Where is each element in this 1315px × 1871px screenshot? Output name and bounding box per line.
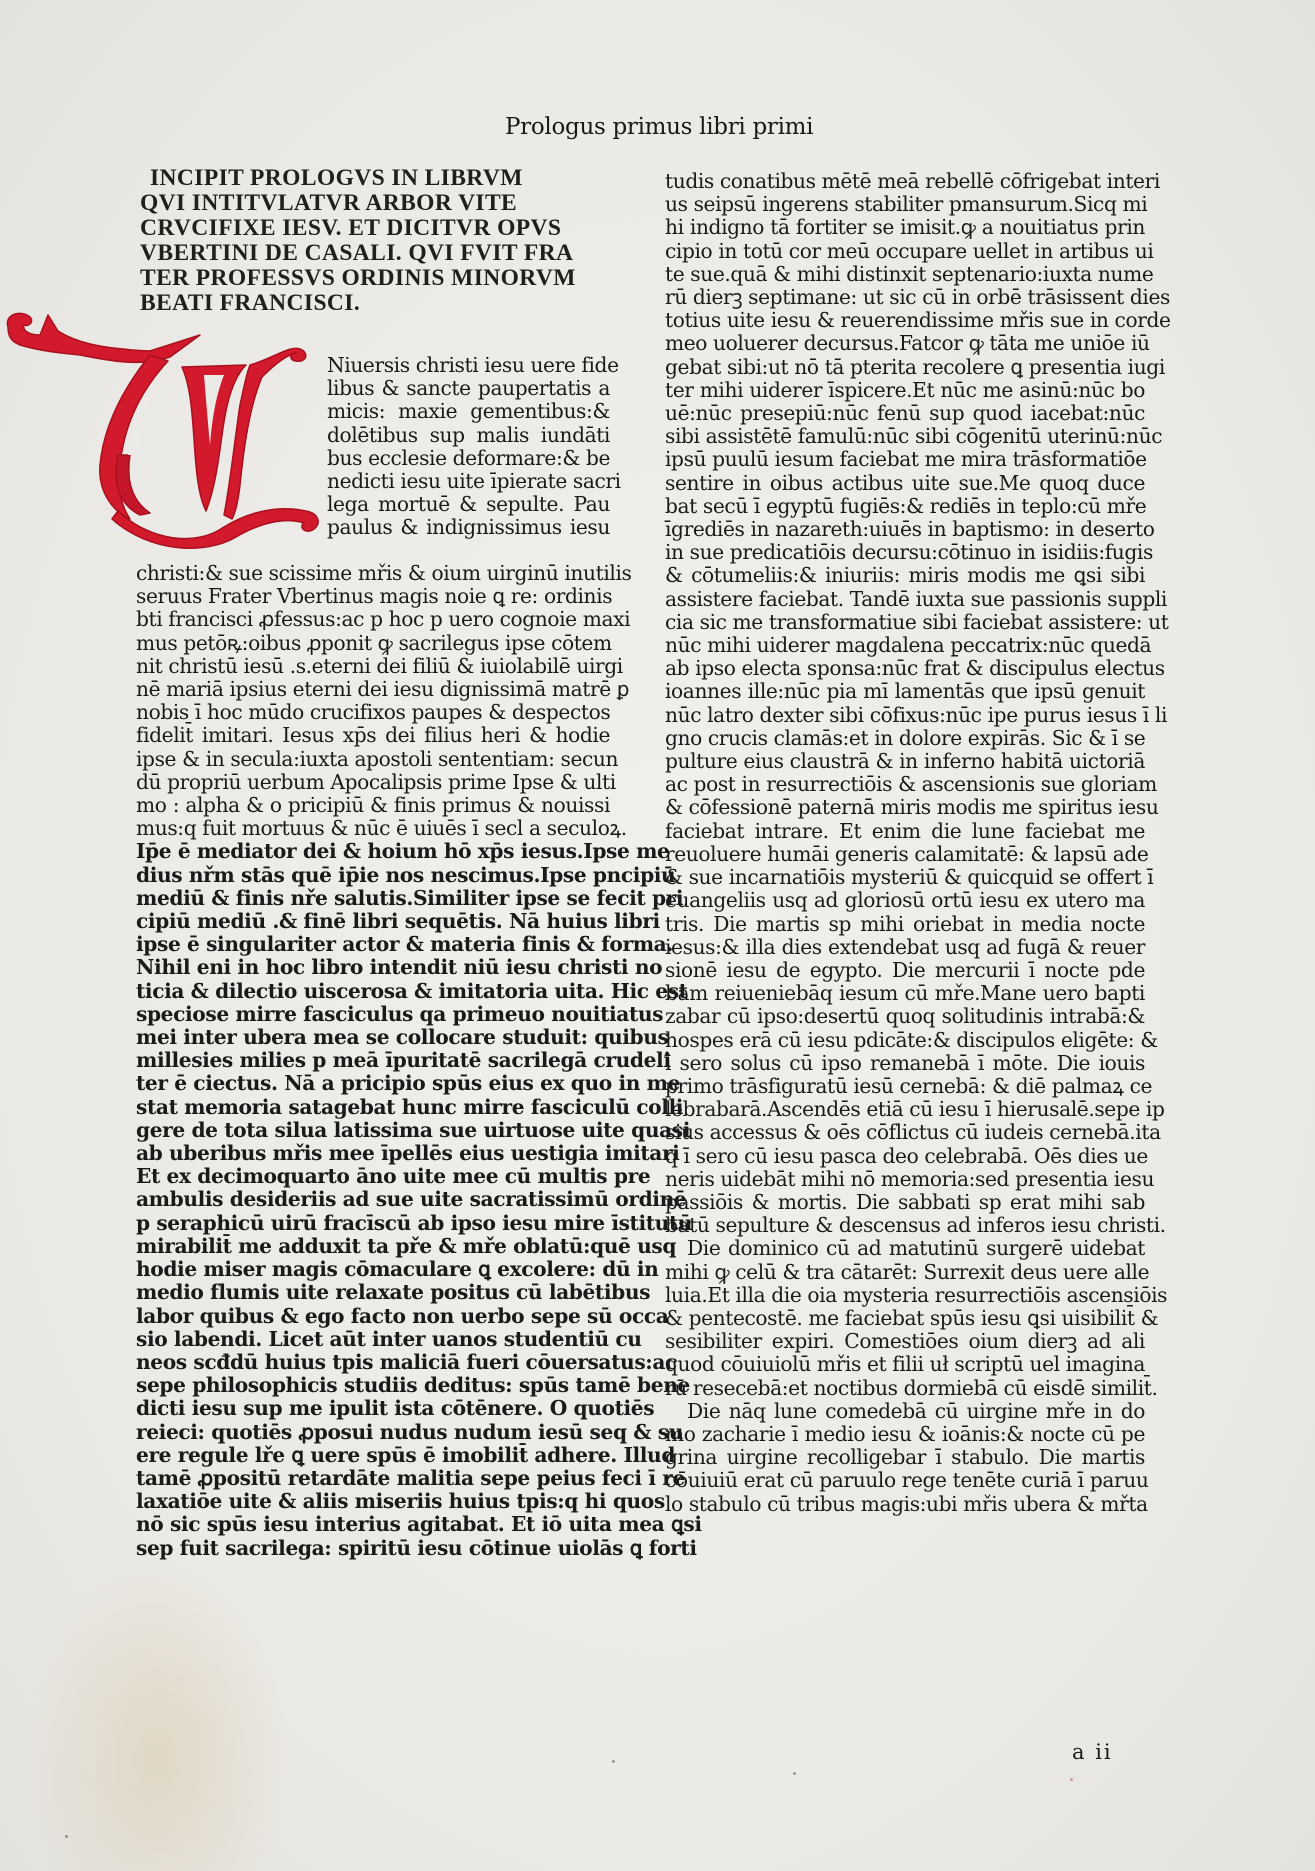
text-line: fidelit̄ imitari. Iesus xp̄s dei filius …: [136, 724, 610, 747]
text-line: meo uoluerer decursus.Fatcor ꝙ tāta me u…: [665, 332, 1145, 355]
text-line: mirabilit̄ me adduxit ta pře & mře oblat…: [136, 1235, 610, 1258]
text-line: sepe philosophicis studiis deditus: spūs…: [136, 1374, 610, 1397]
text-line: quod cōuiuiolū mřis et filii uł scriptū …: [665, 1353, 1145, 1376]
text-line: ipsū puulū iesum faciebat me mira trāsfo…: [665, 448, 1145, 471]
text-line: hospes erā cū iesu pdicāte:& discipulos …: [665, 1029, 1145, 1052]
text-line: cia sic me transformatiue sibi faciebat …: [665, 611, 1145, 634]
text-line: grina uirgine recolligebar ī stabulo. Di…: [665, 1446, 1145, 1469]
text-line: nit christū iesū .s.eterni dei filiū & i…: [136, 655, 610, 678]
text-line: ab uberibus mřis mee īpellēs eius uestig…: [136, 1142, 610, 1165]
text-line: mo zacharie ī medio iesu & ioānis:& noct…: [665, 1423, 1145, 1446]
text-line: Niuersis christi iesu uere fide: [327, 354, 610, 377]
text-line: zabar cū ipso:desertū quoq solitudinis i…: [665, 1005, 1145, 1028]
text-line: in sue predicatiōis decursu:cōtinuo in i…: [665, 541, 1145, 564]
text-line: q ī sero cū iesu pasca deo celebrabā. Oē…: [665, 1145, 1145, 1168]
text-line: ab ipso electa sponsa:nūc frat̄ & discip…: [665, 657, 1145, 680]
text-line: gebat sibi:ut nō tā pterita recolere ꝗ p…: [665, 356, 1145, 379]
text-line: lo stabulo cū tribus magis:ubi mřis uber…: [665, 1493, 1145, 1516]
paper-speck: [612, 1760, 615, 1763]
text-line: speciose mirre fasciculus qa primeuo nou…: [136, 1003, 610, 1026]
text-line: ter ē ciectus. Nā a pricipio spūs eius e…: [136, 1072, 610, 1095]
text-line: nedicti iesu uite īpierate sacri: [327, 470, 610, 493]
text-line: & pentecostē. me faciebat spūs iesu ꝗsi …: [665, 1307, 1145, 1330]
text-line: assistere faciebat. Tandē iuxta sue pass…: [665, 588, 1145, 611]
text-line: ipse & in secula:iuxta apostoli sententi…: [136, 748, 610, 771]
text-line: cōuiuiū erat cū paruulo rege tenēte curi…: [665, 1469, 1145, 1492]
text-line: ere regule lře ꝗ uere spūs ē imobilit̄ a…: [136, 1444, 610, 1467]
column-left-beside-initial: Niuersis christi iesu uere fide libus & …: [327, 354, 610, 540]
text-line: ac post in resurrectiōis & ascensionis s…: [665, 773, 1145, 796]
text-line: ter mihi uiderer īspicere.Et nūc me asin…: [665, 379, 1145, 402]
text-line: libus & sancte paupertatis a: [327, 377, 610, 400]
text-line: Die nāq lune comedebā cū uirgine mře in …: [665, 1400, 1145, 1423]
text-line: īgrediēs in nazareth:uiuēs in baptismo: …: [665, 518, 1145, 541]
text-line: neos scđdū huius tpis maliciā fueri cōue…: [136, 1351, 610, 1374]
text-line: mo : alpha & o pricipiū & finis primus &…: [136, 794, 610, 817]
incipit-line: INCIPIT PROLOGVS IN LIBRVM: [150, 166, 620, 191]
text-line: us seipsū ingerens stabiliter pmansurum.…: [665, 193, 1145, 216]
text-line: primo trāsfiguratū iesū cernebā: & diē p…: [665, 1075, 1145, 1098]
text-line: Die dominico cū ad matutinū surgerē uide…: [665, 1237, 1145, 1260]
text-line: ticia & dilectio uiscerosa & imitatoria …: [136, 980, 610, 1003]
text-line: te sue.quā & mihi distinxit septenario:i…: [665, 263, 1145, 286]
text-line: reieci: quotiēs ꝓposui nudus nudum iesū …: [136, 1421, 610, 1444]
text-line: rū resecebā:et noctibus dormiebā cū eisd…: [665, 1377, 1145, 1400]
incipit-line: QVI INTITVLATVR ARBOR VITE: [140, 191, 620, 216]
text-line: nobis ī hoc mūdo crucifixos paupes & des…: [136, 701, 610, 724]
incipit-line: TER PROFESSVS ORDINIS MINORVM: [140, 266, 620, 291]
text-line: bat secū ī egyptū fugiēs:& rediēs in tep…: [665, 495, 1145, 518]
text-line: nūc mihi uiderer magdalena peccatrix:nūc…: [665, 634, 1145, 657]
text-line: sius accessus & oēs cōflictus cū iudeis …: [665, 1121, 1145, 1144]
text-line: mus petōꝶ:oibus ꝓponit ꝙ sacrilegus ipse…: [136, 632, 610, 655]
text-line: luia.Et illa die oia mysteria resurrecti…: [665, 1284, 1145, 1307]
text-line: dū propriū uerbum Apocalipsis prime Ipse…: [136, 771, 610, 794]
paper-speck: [1070, 1778, 1073, 1781]
text-line: cipio in totū cor meū occupare uellet in…: [665, 240, 1145, 263]
book-page: Prologus primus libri primi INCIPIT PROL…: [0, 0, 1315, 1871]
text-line: ipse ē singulariter actor & materia fini…: [136, 933, 610, 956]
text-line: tudis conatibus mētē meā rebellē cōfrige…: [665, 170, 1145, 193]
incipit-line: CRVCIFIXE IESV. ET DICITVR OPVS: [140, 216, 620, 241]
text-line: labor quibus & ego facto non uerbo sepe …: [136, 1305, 610, 1328]
text-line: lebrabarā.Ascendēs etiā cū iesu ī hierus…: [665, 1098, 1145, 1121]
text-line: gere de tota silua latissima sue uirtuos…: [136, 1119, 610, 1142]
text-line: dius nřm stās quē ip̄ie nos nescimus.Ips…: [136, 864, 610, 887]
text-line: sesibiliter expiri. Comestiōes oium dier…: [665, 1330, 1145, 1353]
incipit-line: VBERTINI DE CASALI. QVI FVIT FRA: [140, 241, 620, 266]
text-line: Nihil eni in hoc libro intendit niū iesu…: [136, 956, 610, 979]
incipit-heading: INCIPIT PROLOGVS IN LIBRVM QVI INTITVLAT…: [150, 166, 620, 316]
text-line: tamē ꝓpositū retardāte malitia sepe peiu…: [136, 1467, 610, 1490]
text-line: sibi assistētē famulū:nūc sibi cōgenitū …: [665, 425, 1145, 448]
text-line: batū sepulture & descensus ad inferos ie…: [665, 1214, 1145, 1237]
text-line: mediū & finis nře salutis.Similiter ipse…: [136, 887, 610, 910]
text-line: tris. Die martis sp mihi oriebat in medi…: [665, 913, 1145, 936]
text-line: rū dierꝫ septimane: ut sic cū in orbē tr…: [665, 286, 1145, 309]
text-line: reuoluere humāi generis calamitatē: & la…: [665, 843, 1145, 866]
text-line: p seraphicū uirū fracīscū ab ipso iesu m…: [136, 1212, 610, 1235]
text-line: sentire in oibus actibus uite sue.Me quo…: [665, 472, 1145, 495]
text-line: ioannes ille:nūc pia mī lamentās que ips…: [665, 680, 1145, 703]
text-line: ambulis desideriis ad sue uite sacratiss…: [136, 1188, 610, 1211]
text-line: totius uite iesu & reuerendissime mřis s…: [665, 309, 1145, 332]
text-line: Ip̄e ē mediator dei & hoium hō xp̄s iesu…: [136, 840, 610, 863]
text-line: gno crucis clamās:et in dolore expirās. …: [665, 727, 1145, 750]
text-line: neris uidebāt mihi nō memoria:sed presen…: [665, 1168, 1145, 1191]
text-line: & cōtumeliis:& iniuriis: miris modis me …: [665, 564, 1145, 587]
running-head: Prologus primus libri primi: [505, 114, 813, 140]
text-line: mihi ꝙ celū & tra cātarēt: Surrexit deus…: [665, 1261, 1145, 1284]
text-line: ī sero solus cū ipso remanebā ī mōte. Di…: [665, 1052, 1145, 1075]
text-line: faciebat intrare. Et enim die lune facie…: [665, 820, 1145, 843]
text-line: sionē iesu de egypto. Die mercurii ī noc…: [665, 959, 1145, 982]
text-line: hodie miser magis cōmaculare ꝗ excolere:…: [136, 1258, 610, 1281]
paper-speck: [65, 1835, 68, 1838]
text-line: & cōfessionē paternā miris modis me spir…: [665, 796, 1145, 819]
column-right: tudis conatibus mētē meā rebellē cōfrige…: [665, 170, 1145, 1516]
text-line: seruus Frater Vbertinus magis noie ꝗ re:…: [136, 585, 610, 608]
text-line: dicti iesu sup me ipulit ista cōtēnere. …: [136, 1397, 610, 1420]
text-line: cipiū mediū .& finē libri sequētis. Nā h…: [136, 910, 610, 933]
text-line: passiōis & mortis. Die sabbati sp erat m…: [665, 1191, 1145, 1214]
text-line: millesies milies p meā īpuritatē sacrile…: [136, 1049, 610, 1072]
text-line: iesus:& illa dies extendebat usq ad fugā…: [665, 936, 1145, 959]
text-line: medio flumis uite relaxate positus cū la…: [136, 1281, 610, 1304]
text-line: christi:& sue scissime mřis & oium uirgi…: [136, 562, 610, 585]
text-line: pulture eius claustrā & in inferno habit…: [665, 750, 1145, 773]
text-line: dolētibus sup malis iundāti: [327, 424, 610, 447]
text-line: mus:q fuit mortuus & nūc ē uiuēs ī secl …: [136, 817, 610, 840]
text-line: uē:nūc presepiū:nūc fenū sup quod iaceba…: [665, 402, 1145, 425]
text-line: bus ecclesie deformare:& be: [327, 447, 610, 470]
text-line: lega mortuē & sepulte. Pau: [327, 493, 610, 516]
text-line: micis: maxie gementibus:&: [327, 400, 610, 423]
text-line: sio labendi. Licet aūt inter uanos stude…: [136, 1328, 610, 1351]
text-line: nūc latro dexter sibi cōfixus:nūc ipe pu…: [665, 704, 1145, 727]
text-line: bti francisci ꝓfessus:ac p hoc p uero co…: [136, 608, 610, 631]
text-line: laxatiōe uite & aliis miseriis huius tpi…: [136, 1490, 610, 1513]
text-line: mei inter ubera mea se collocare studuit…: [136, 1026, 610, 1049]
column-left: christi:& sue scissime mřis & oium uirgi…: [136, 562, 610, 1560]
paper-speck: [793, 1772, 796, 1775]
text-line: Et ex decimoquarto āno uite mee cū multi…: [136, 1165, 610, 1188]
text-line: & sue incarnatiōis mysteriū & quicquid s…: [665, 866, 1145, 889]
text-line: stat memoria satagebat hunc mirre fascic…: [136, 1096, 610, 1119]
text-line: euangeliis usq ad gloriosū ortū iesu ex …: [665, 889, 1145, 912]
text-line: hi indigno tā fortiter se imisit.ꝙ a nou…: [665, 216, 1145, 239]
text-line: bam reiueniebāq iesum cū mře.Mane uero b…: [665, 982, 1145, 1005]
text-line: nē mariā ipsius eterni dei iesu dignissi…: [136, 678, 610, 701]
text-line: sep fuit sacrilega: spiritū iesu cōtinue…: [136, 1537, 610, 1560]
text-line: paulus & indignissimus iesu: [327, 516, 610, 539]
signature-mark: a ii: [1072, 1740, 1113, 1764]
text-line: nō sic spūs iesu interius agitabat. Et i…: [136, 1513, 610, 1536]
red-initial-v-icon: [0, 305, 340, 555]
